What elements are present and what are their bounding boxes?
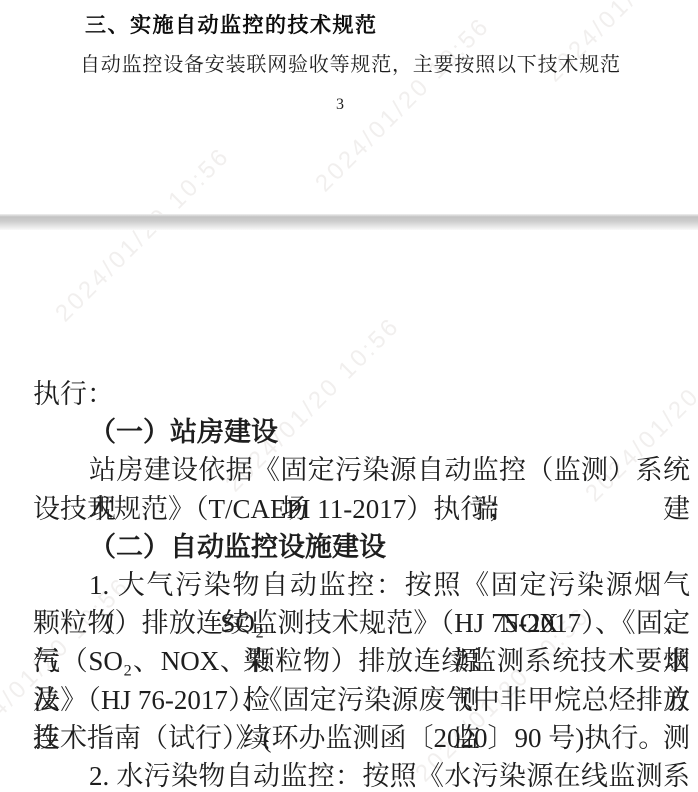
document-viewport: 2024/01/20 10:56 2024/01/20 10:56 2024/0… — [0, 0, 698, 792]
page-separator — [0, 214, 698, 230]
doc-line: 2. 水污染物自动监控：按照《水污染源在线监测系统 — [33, 757, 690, 792]
doc-line: 执行： — [33, 375, 690, 413]
watermark-text: 2024/01/20 10:56 — [50, 142, 236, 328]
doc-line: 自动监控设备安装联网验收等规范，主要按照以下技术规范 — [80, 51, 620, 79]
doc-line: 气（SO₂、NOX、颗粒物）排放连续监测系统技术要求及检测方 — [33, 642, 690, 680]
page-4-top: 执行： （一）站房建设 站房建设依据《固定污染源自动监控（监测）系统现场端建 设… — [33, 375, 690, 792]
subsection-heading: （一）站房建设 — [33, 413, 690, 451]
doc-line: 法》（HJ 76-2017）、《固定污染源废气中非甲烷总烃排放连续监测 — [33, 681, 690, 719]
doc-line: 1. 大气污染物自动监控：按照《固定污染源烟气（SO₂、NOX、 — [33, 566, 690, 604]
page-number: 3 — [330, 96, 350, 114]
doc-line: 技术指南（试行）》(环办监测函〔2020〕90 号)执行。 — [33, 719, 690, 757]
doc-line: 站房建设依据《固定污染源自动监控（监测）系统现场端建 — [33, 451, 690, 489]
doc-line: 颗粒物）排放连续监测技术规范》（HJ 75-2017）、《固定污染源烟 — [33, 604, 690, 642]
subsection-heading: （二）自动监控设施建设 — [33, 528, 690, 566]
section-heading: 三、实施自动监控的技术规范 — [85, 9, 378, 39]
